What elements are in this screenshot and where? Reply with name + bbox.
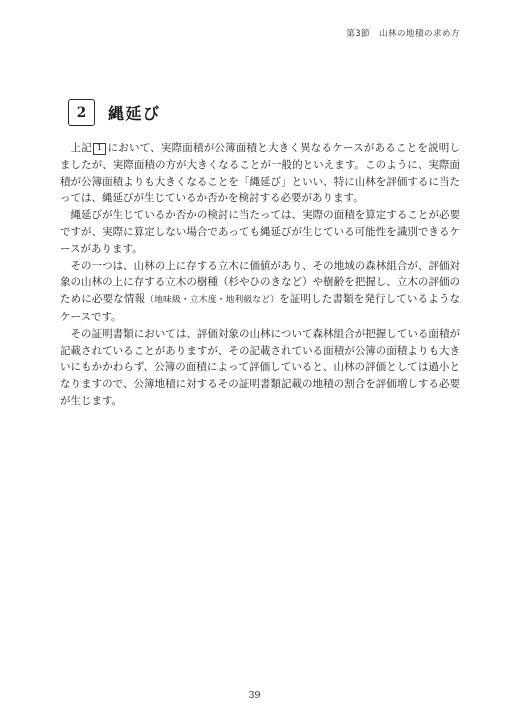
section-number-box: 2 <box>68 99 95 126</box>
paragraph-3: その一つは、山林の上に存する立木に価値があり、その地域の森林組合が、評価対象の山… <box>60 258 460 326</box>
running-header: 第3節 山林の地積の求め方 <box>346 27 460 39</box>
paragraph-1: 上記1において、実際面積が公簿面積と大きく異なるケースがあることを説明しましたが… <box>60 140 460 207</box>
page-number: 39 <box>0 690 509 701</box>
paragraph-3-small-note: （地味級・立木度・地利級など） <box>145 295 279 305</box>
section-title-row: 2 縄延び <box>68 99 161 126</box>
inline-ref-box: 1 <box>93 143 105 155</box>
paragraph-2: 縄延びが生じているか否かの検討に当たっては、実際の面積を算定することが必要ですが… <box>60 207 460 257</box>
document-page: 第3節 山林の地積の求め方 2 縄延び 上記1において、実際面積が公簿面積と大き… <box>0 0 509 720</box>
paragraph-1-text: において、実際面積が公簿面積と大きく異なるケースがあることを説明しましたが、実際… <box>60 142 460 204</box>
paragraph-1-lead: 上記 <box>71 142 92 154</box>
section-title: 縄延び <box>108 101 161 124</box>
body-text: 上記1において、実際面積が公簿面積と大きく異なるケースがあることを説明しましたが… <box>60 140 460 410</box>
paragraph-4: その証明書類においては、評価対象の山林について森林組合が把握している面積が記載さ… <box>60 326 460 410</box>
